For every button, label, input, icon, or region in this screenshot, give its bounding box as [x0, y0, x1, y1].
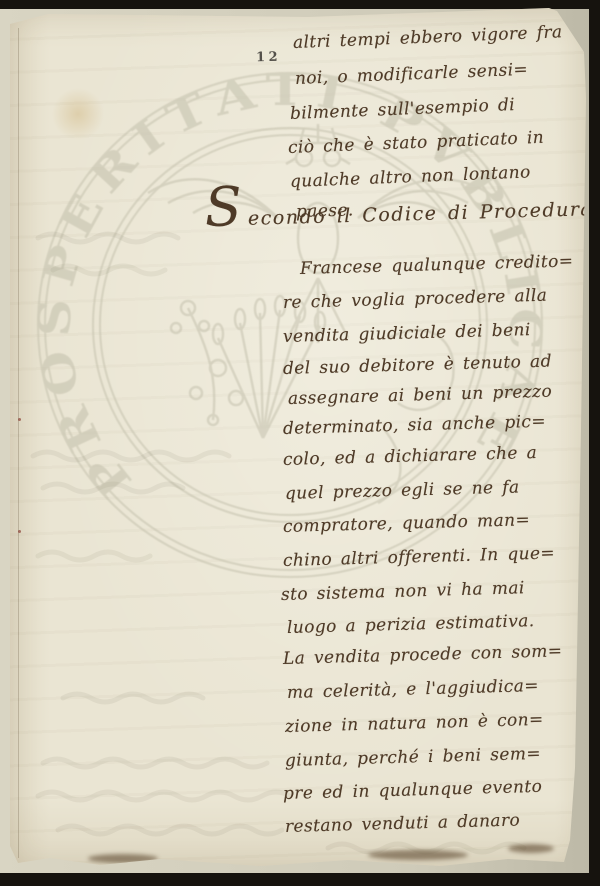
manuscript-page: PROSPERITATI PVBLICAE — [8, 8, 590, 870]
stitch-hole — [18, 530, 21, 533]
page-number-stamp: 12 — [256, 50, 281, 65]
binding-crease — [18, 28, 19, 858]
manuscript-scan: PROSPERITATI PVBLICAE — [0, 0, 600, 886]
stitch-hole — [18, 418, 21, 421]
singe-mark — [368, 850, 468, 860]
singe-mark — [508, 844, 554, 853]
